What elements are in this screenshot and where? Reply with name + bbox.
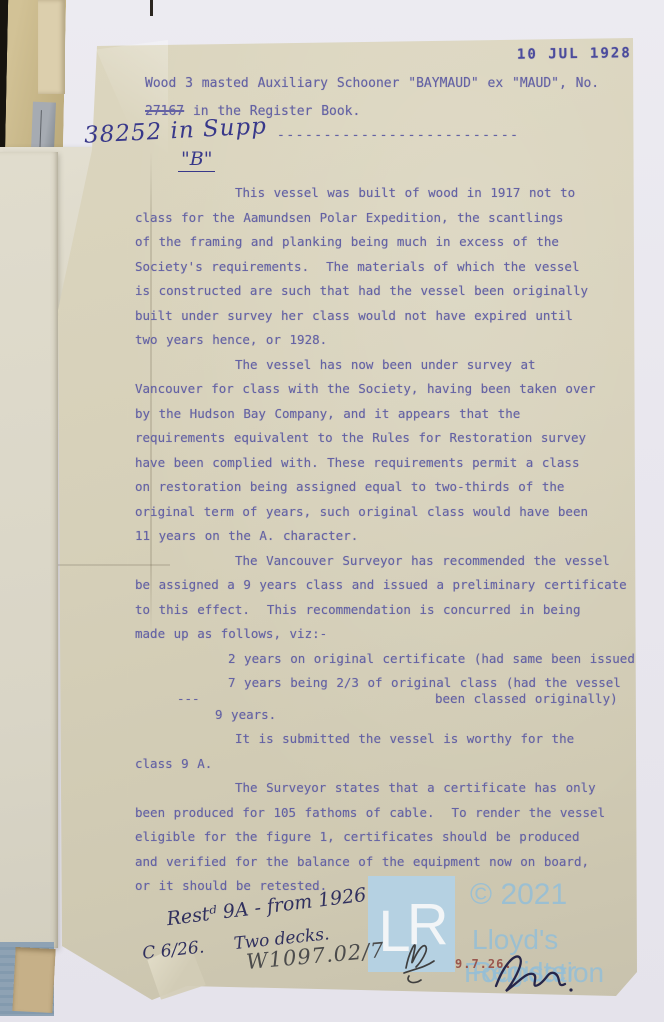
surveyor-signature (488, 944, 576, 1002)
signature-squiggle (488, 944, 576, 998)
struck-register-number: 27167 (145, 104, 184, 119)
typed-line: The Surveyor states that a certificate h… (135, 776, 640, 801)
typed-line: The Vancouver Surveyor has recommended t… (135, 549, 640, 574)
typed-line: by the Hudson Bay Company, and it appear… (135, 402, 640, 427)
typed-line: Vancouver for class with the Society, ha… (135, 377, 640, 402)
typed-line: This vessel was built of wood in 1917 no… (135, 181, 640, 206)
typed-line: been produced for 105 fathoms of cable. … (135, 801, 640, 826)
typed-line: two years hence, or 1928. (135, 328, 640, 353)
typed-line: built under survey her class would not h… (135, 304, 640, 329)
tan-page-edge-light (38, 0, 65, 94)
typed-line: 2 years on original certificate (had sam… (135, 647, 640, 672)
typed-line: Society's requirements. The materials of… (135, 255, 640, 280)
typed-line: class 9 A. (135, 752, 640, 777)
wrapped-text: been classed originally) (435, 689, 618, 709)
typed-line: on restoration being assigned equal to t… (135, 475, 640, 500)
typed-line: made up as follows, viz:- (135, 622, 640, 647)
typed-line: have been complied with. These requireme… (135, 451, 640, 476)
typed-line: requirements equivalent to the Rules for… (135, 426, 640, 451)
page-edge-mark (150, 0, 153, 16)
typed-line: class for the Aamundsen Polar Expedition… (135, 206, 640, 231)
typed-line: be assigned a 9 years class and issued a… (135, 573, 640, 598)
typed-body: This vessel was built of wood in 1917 no… (135, 181, 640, 899)
date-stamp: 10 JUL 1928 (517, 45, 632, 63)
underlying-page-left (0, 152, 58, 948)
pencil-initials (396, 932, 442, 992)
typed-line: to this effect. This recommendation is c… (135, 598, 640, 623)
typed-line: original term of years, such original cl… (135, 500, 640, 525)
dashed-separator: -------------------------- (277, 128, 520, 143)
typed-line: ---been classed originally) (135, 689, 640, 709)
sum-dash: --- (177, 689, 200, 709)
typed-line: The vessel has now been under survey at (135, 353, 640, 378)
typed-line: of the framing and planking being much i… (135, 230, 640, 255)
watermark-copyright: © 2021 (470, 878, 567, 912)
tan-paper-fragment (12, 947, 55, 1013)
typed-line: and verified for the balance of the equi… (135, 850, 640, 875)
handwritten-b-annotation: "B" (178, 148, 215, 172)
typed-line: eligible for the figure 1, certificates … (135, 825, 640, 850)
typed-line: is constructed are such that had the ves… (135, 279, 640, 304)
typed-line: It is submitted the vessel is worthy for… (135, 727, 640, 752)
typed-line: 11 years on the A. character. (135, 524, 640, 549)
document-title-line: Wood 3 masted Auxiliary Schooner "BAYMAU… (145, 76, 599, 91)
archive-scan-page: { "stamp": { "date": "10 JUL 1928" }, "h… (0, 0, 664, 1022)
pencil-initials-squiggle (396, 932, 442, 988)
